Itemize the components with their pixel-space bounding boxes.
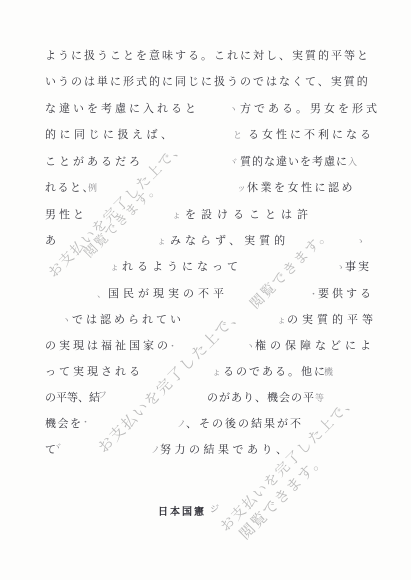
- partial-erased-glyph: 、: [97, 287, 106, 300]
- text-segment: る女性に不利になる: [248, 126, 374, 142]
- partial-erased-glyph: フ: [98, 388, 107, 401]
- text-segment: ように扱うことを意味する。これに対し、実質的平等と: [45, 47, 370, 63]
- document-text: ように扱うことを意味する。これに対し、実質的平等というのは単に形式的に同じに扱う…: [0, 0, 411, 580]
- text-segment: 要供する: [318, 285, 374, 301]
- partial-erased-glyph: ヽ: [246, 339, 255, 352]
- text-segment: の平等、結: [45, 389, 100, 405]
- text-segment: を設けることは許: [185, 206, 313, 222]
- text-line: 、国民が現実の不平・要供する: [0, 285, 411, 300]
- text-segment: のがあり、機会の平: [207, 389, 315, 405]
- text-segment: 質的な違いを考慮に: [240, 153, 348, 169]
- partial-erased-glyph: ょ: [277, 313, 286, 326]
- text-segment: みならず、実質的: [170, 232, 289, 248]
- document-page: お支払いを完了した上で、閲覧できます。閲覧できます。お支払いを完了した上で、お支…: [0, 0, 411, 580]
- text-segment: あ: [45, 232, 58, 248]
- partial-erased-glyph: 入: [348, 155, 357, 168]
- text-line: 日本国憲ジ: [0, 503, 411, 518]
- partial-erased-glyph: ノ: [151, 443, 160, 456]
- partial-erased-glyph: ・: [309, 287, 318, 300]
- text-segment: 国民が現実の不平: [108, 285, 228, 301]
- text-line: ことがあるだろヾ質的な違いを考慮に入: [0, 153, 411, 168]
- partial-erased-glyph: ヾ: [229, 155, 238, 168]
- text-line: の実現は福祉国家の・ヽ権の保障などによ: [0, 337, 411, 352]
- partial-erased-glyph: ノ: [177, 417, 186, 430]
- text-segment: な違いを考慮に入れると: [45, 100, 199, 116]
- text-segment: 男性と: [45, 206, 87, 222]
- text-segment: るのである。他に: [223, 363, 327, 379]
- text-segment: 事実: [345, 258, 371, 274]
- text-segment: の実質的平等: [287, 311, 377, 327]
- text-line: 男性とょを設けることは許: [0, 206, 411, 221]
- text-line: ヽでは認められていょの実質的平等: [0, 311, 411, 326]
- partial-erased-glyph: ょ: [157, 234, 166, 247]
- partial-erased-glyph: ゝ: [336, 260, 345, 273]
- partial-erased-glyph: ジ: [210, 502, 219, 515]
- partial-erased-glyph: 例: [88, 181, 97, 194]
- partial-erased-glyph: ヾ: [53, 440, 62, 453]
- text-segment: 権の保障などによ: [255, 337, 375, 353]
- footer-title-segment: 日本国憲: [158, 503, 206, 518]
- text-line: 機会を・ノ、その後の結果が不: [0, 415, 411, 430]
- text-line: って実現されるょるのである。他に機: [0, 363, 411, 378]
- partial-erased-glyph: ゝ: [356, 234, 365, 247]
- partial-erased-glyph: 等: [315, 391, 324, 404]
- text-segment: では認められてい: [72, 311, 184, 327]
- text-segment: 機会を: [45, 415, 83, 431]
- text-line: ように扱うことを意味する。これに対し、実質的平等と: [0, 47, 411, 62]
- partial-erased-glyph: 機: [324, 365, 333, 378]
- text-line: 的に同じに扱えば、とる女性に不利になる: [0, 126, 411, 141]
- partial-erased-glyph: ヽ: [229, 102, 238, 115]
- text-segment: ことがあるだろ: [45, 153, 143, 169]
- text-segment: れるようになって: [122, 258, 242, 274]
- text-line: の平等、結フのがあり、機会の平等: [0, 389, 411, 404]
- text-line: な違いを考慮に入れるとヽ方である。男女を形式: [0, 100, 411, 115]
- text-segment: 休業を女性に認め: [247, 179, 355, 195]
- text-segment: 、その後の結果が不: [186, 415, 303, 431]
- text-line: あょみならず、実質的ゝ: [0, 232, 411, 247]
- text-line: てヾノ努力の結果であり、: [0, 441, 411, 456]
- partial-erased-glyph: と: [233, 128, 242, 141]
- text-line: れると、例ッ休業を女性に認め: [0, 179, 411, 194]
- text-segment: の実現は福祉国家の: [45, 337, 171, 353]
- text-segment: 方である。男女を形式: [240, 100, 380, 116]
- partial-erased-glyph: ・: [81, 415, 90, 428]
- partial-erased-glyph: ヽ: [62, 313, 71, 326]
- partial-erased-glyph: ・: [168, 339, 177, 352]
- text-line: いうのは単に形式的に同じに扱うのではなくて、実質的: [0, 73, 411, 88]
- text-segment: 努力の結果であり、: [160, 441, 291, 457]
- partial-erased-glyph: ょ: [172, 208, 181, 221]
- text-segment: 的に同じに扱えば、: [45, 126, 176, 142]
- partial-erased-glyph: ょ: [110, 260, 119, 273]
- partial-erased-glyph: ッ: [237, 181, 246, 194]
- text-segment: って実現される: [45, 363, 143, 379]
- text-line: ょれるようになってゝ事実: [0, 258, 411, 273]
- text-segment: いうのは単に形式的に同じに扱うのではなくて、実質的: [45, 73, 370, 89]
- partial-erased-glyph: ょ: [212, 365, 221, 378]
